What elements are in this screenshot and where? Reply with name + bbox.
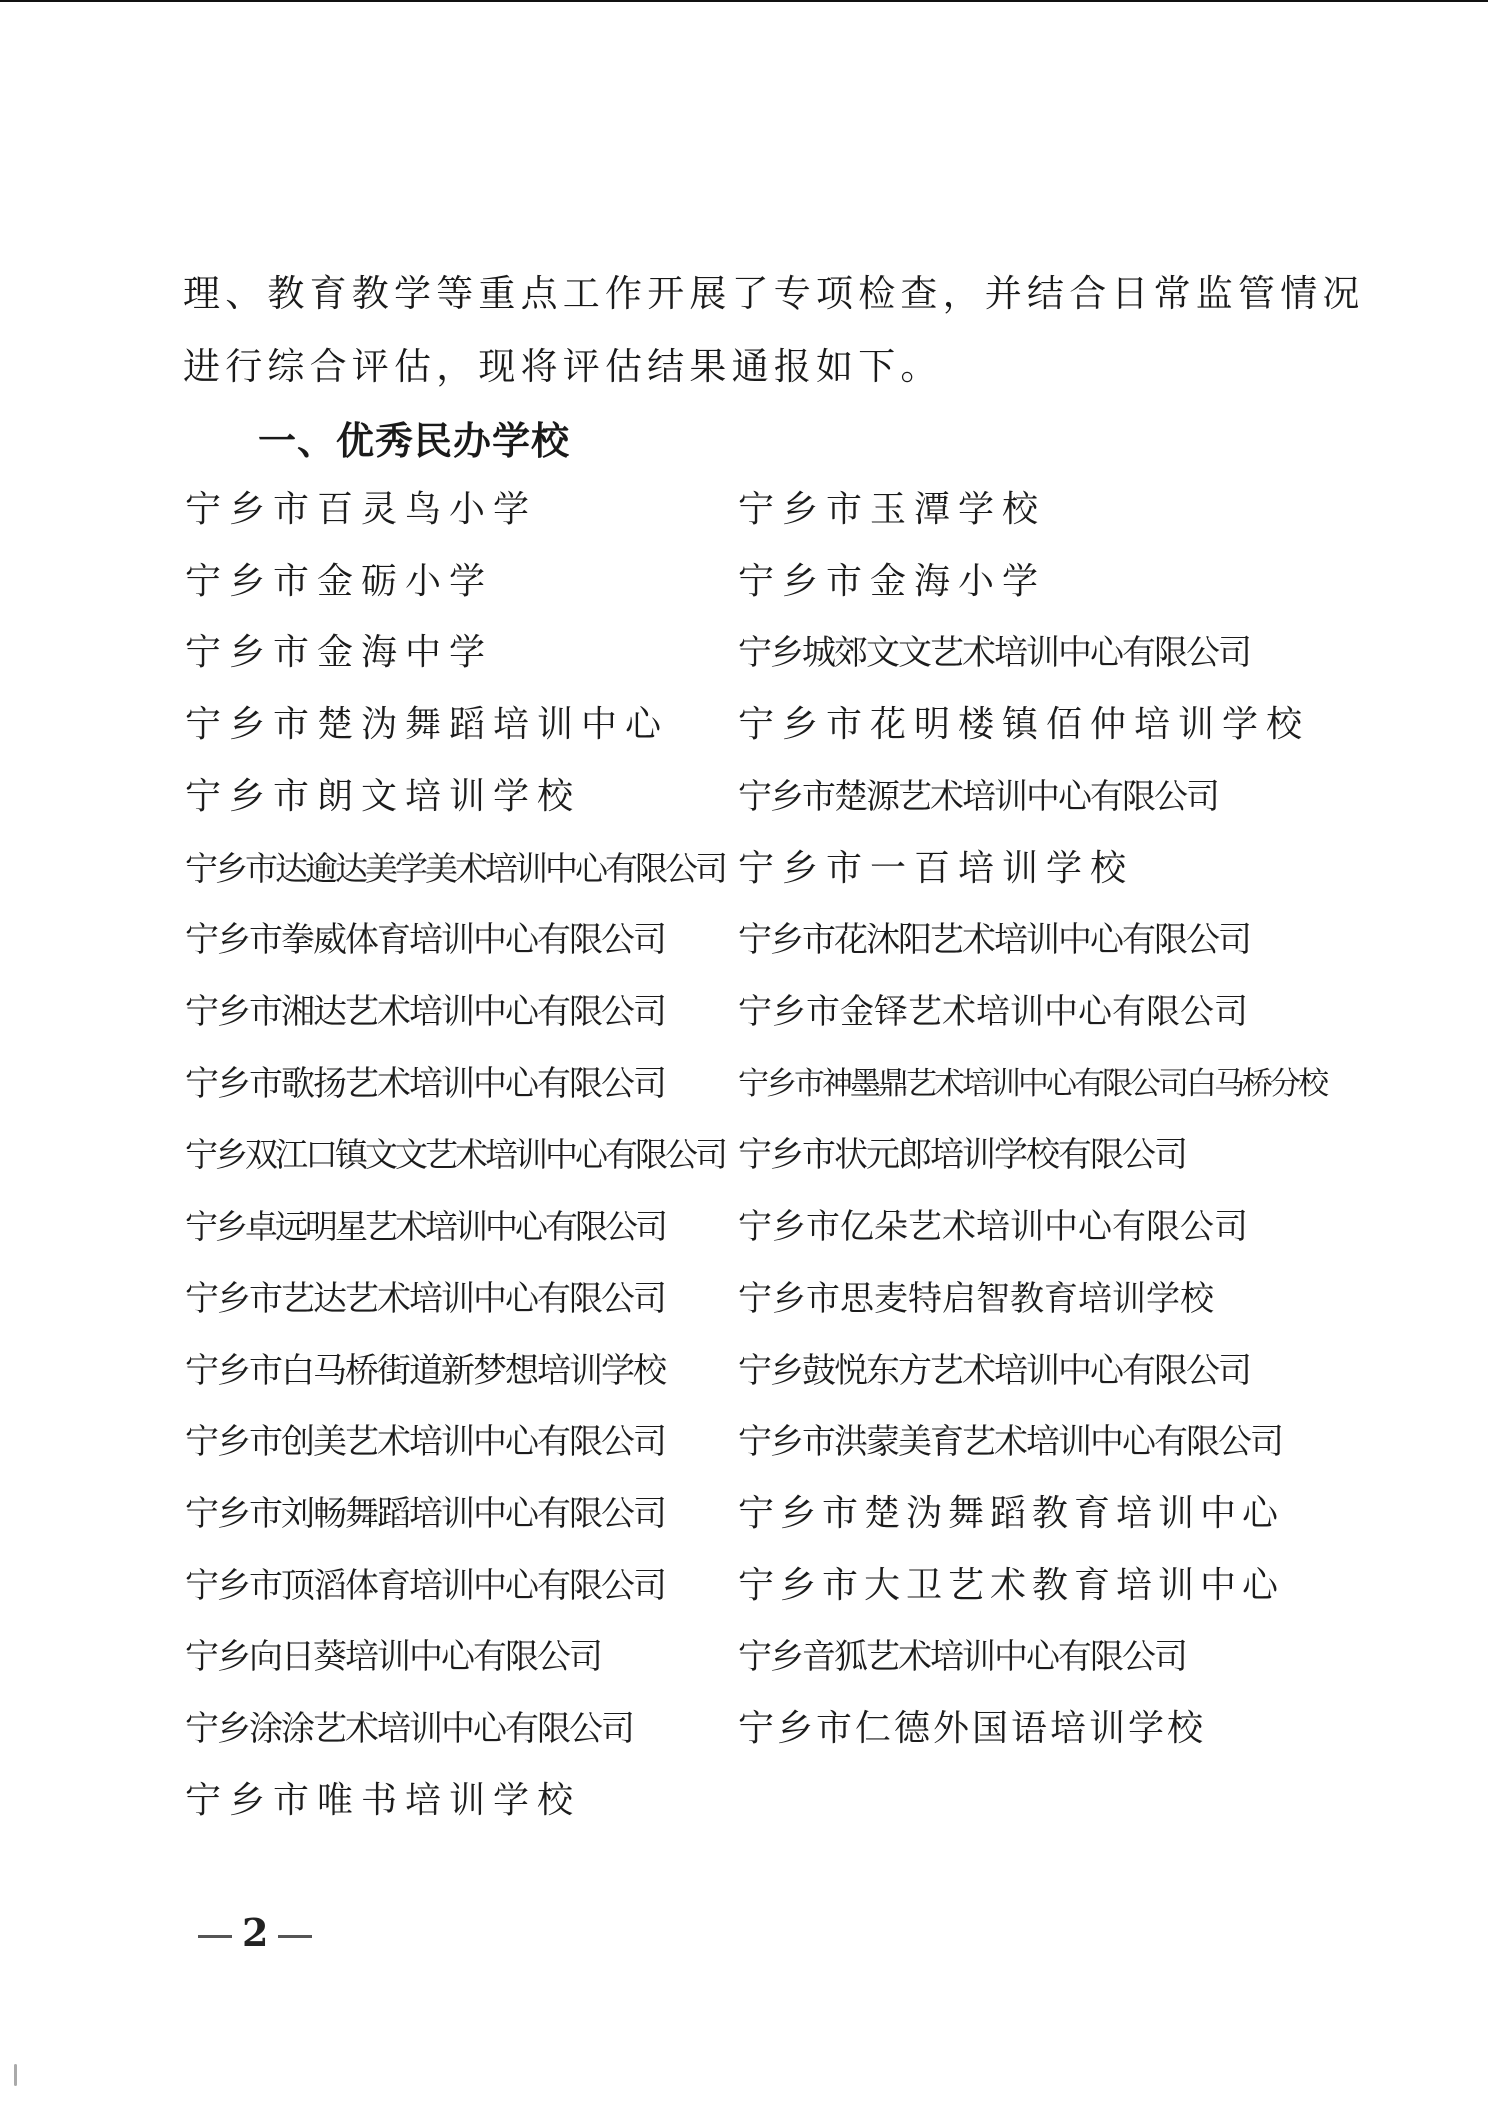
body-paragraph-line-1: 理、教育教学等重点工作开展了专项检查，并结合日常监管情况 — [183, 272, 1365, 316]
school-list-item: 宁乡市拳威体育培训中心有限公司 — [185, 918, 665, 962]
school-list-item: 宁乡市玉潭学校 — [738, 488, 1046, 532]
school-list-item: 宁乡市仁德外国语培训学校 — [738, 1707, 1206, 1751]
school-list-item: 宁乡市顶滔体育培训中心有限公司 — [185, 1564, 665, 1608]
school-list-item: 宁乡城郊文文艺术培训中心有限公司 — [738, 631, 1250, 675]
school-list-item: 宁乡涂涂艺术培训中心有限公司 — [185, 1707, 633, 1751]
school-list-item: 宁乡市刘畅舞蹈培训中心有限公司 — [185, 1492, 665, 1536]
school-list-item: 宁乡市百灵鸟小学 — [185, 488, 537, 532]
school-list-item: 宁乡市楚沩舞蹈培训中心 — [185, 703, 669, 747]
page-number-dash-left — [198, 1935, 232, 1938]
school-list-item: 宁乡鼓悦东方艺术培训中心有限公司 — [738, 1349, 1250, 1393]
school-list-item: 宁乡市金铎艺术培训中心有限公司 — [738, 990, 1248, 1034]
school-list-item: 宁乡市亿朵艺术培训中心有限公司 — [738, 1205, 1248, 1249]
school-list-item: 宁乡市一百培训学校 — [738, 847, 1134, 891]
school-list-item: 宁乡向日葵培训中心有限公司 — [185, 1635, 601, 1679]
school-list-item: 宁乡市金砺小学 — [185, 560, 493, 604]
school-list-item: 宁乡市创美艺术培训中心有限公司 — [185, 1420, 665, 1464]
school-list-item: 宁乡市金海中学 — [185, 631, 493, 675]
school-list-item: 宁乡市艺达艺术培训中心有限公司 — [185, 1277, 665, 1321]
school-list-item: 宁乡市唯书培训学校 — [185, 1779, 581, 1823]
school-list-item: 宁乡市楚沩舞蹈教育培训中心 — [738, 1492, 1284, 1536]
school-list-item: 宁乡市状元郎培训学校有限公司 — [738, 1133, 1186, 1177]
school-list-item: 宁乡市楚源艺术培训中心有限公司 — [738, 775, 1218, 819]
school-list-item: 宁乡市花明楼镇佰仲培训学校 — [738, 703, 1310, 747]
school-list-item: 宁乡市神墨鼎艺术培训中心有限公司白马桥分校 — [738, 1062, 1326, 1106]
section-heading: 一、优秀民办学校 — [258, 418, 570, 464]
body-paragraph-line-2: 进行综合评估，现将评估结果通报如下。 — [183, 345, 943, 389]
page-number-dash-right — [278, 1935, 312, 1938]
page-number: 2 — [188, 1910, 322, 1956]
page-top-border — [0, 0, 1488, 2]
school-list-item: 宁乡市歌扬艺术培训中心有限公司 — [185, 1062, 665, 1106]
scan-artifact-mark — [14, 2064, 17, 2086]
school-list-item: 宁乡音狐艺术培训中心有限公司 — [738, 1635, 1186, 1679]
school-list-item: 宁乡市洪蒙美育艺术培训中心有限公司 — [738, 1420, 1282, 1464]
school-list-item: 宁乡市达逾达美学美术培训中心有限公司 — [185, 847, 725, 891]
school-list-item: 宁乡市花沐阳艺术培训中心有限公司 — [738, 918, 1250, 962]
school-list-item: 宁乡市白马桥街道新梦想培训学校 — [185, 1349, 665, 1393]
school-list-item: 宁乡市湘达艺术培训中心有限公司 — [185, 990, 665, 1034]
school-list-item: 宁乡市大卫艺术教育培训中心 — [738, 1564, 1284, 1608]
school-list-item: 宁乡市思麦特启智教育培训学校 — [738, 1277, 1214, 1321]
school-list-item: 宁乡双江口镇文文艺术培训中心有限公司 — [185, 1133, 725, 1177]
school-list-item: 宁乡卓远明星艺术培训中心有限公司 — [185, 1205, 665, 1249]
school-list-item: 宁乡市朗文培训学校 — [185, 775, 581, 819]
school-list-item: 宁乡市金海小学 — [738, 560, 1046, 604]
page-number-value: 2 — [242, 1910, 268, 1955]
